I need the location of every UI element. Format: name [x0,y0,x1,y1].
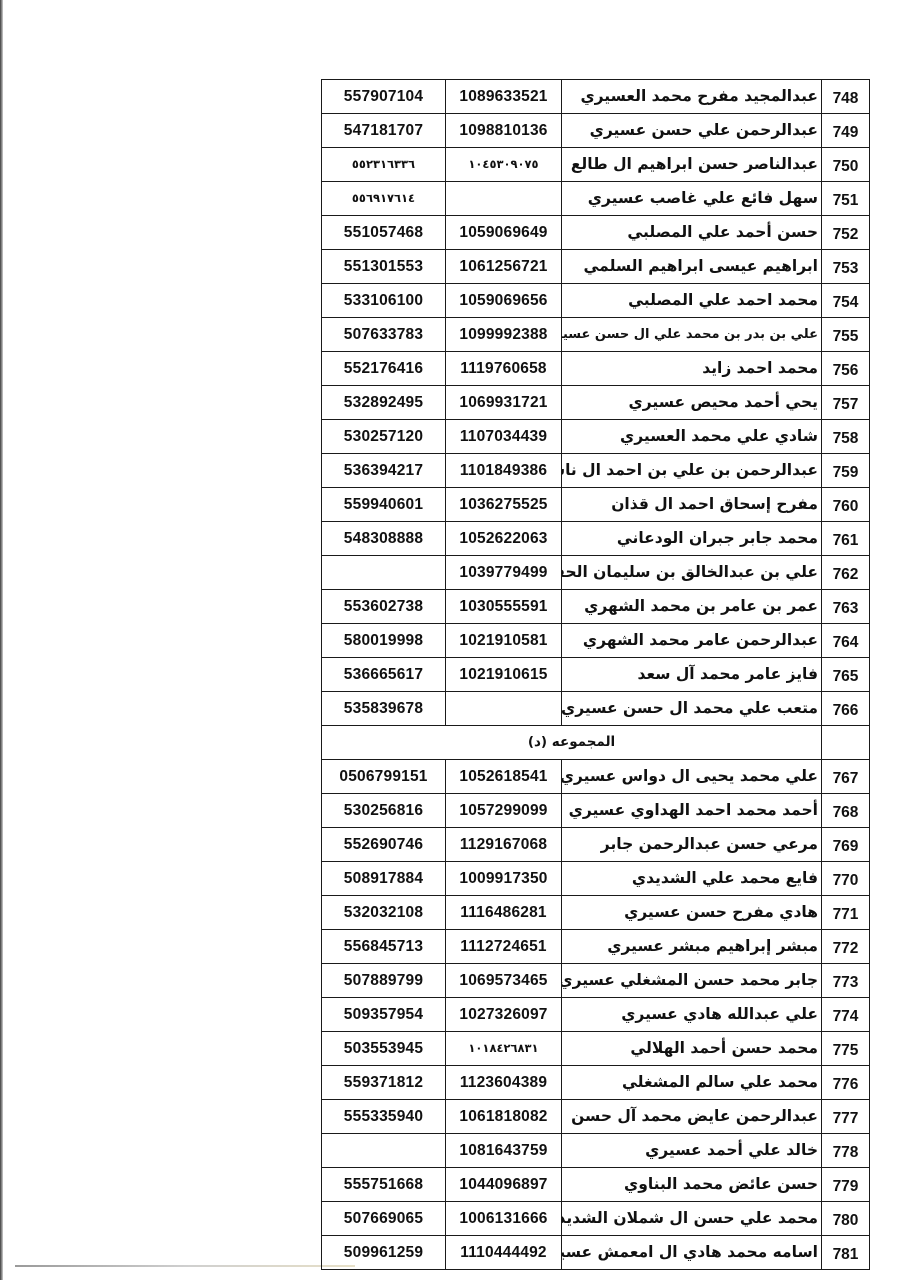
serial-cell: 766 [822,692,870,726]
serial-cell: 769 [822,828,870,862]
name-cell: متعب علي محمد ال حسن عسيري [562,692,822,726]
id-cell: 1044096897 [446,1168,562,1202]
serial-cell: 775 [822,1032,870,1066]
id-cell: 1089633521 [446,80,562,114]
phone-cell: 533106100 [322,284,446,318]
name-cell: مرعي حسن عبدالرحمن جابر [562,828,822,862]
serial-cell: 760 [822,488,870,522]
roster-table-body: 5579071041089633521عبدالمجيد مفرح محمد ا… [322,80,870,1270]
serial-cell: 773 [822,964,870,998]
serial-cell: 781 [822,1236,870,1270]
id-cell: 1069931721 [446,386,562,420]
serial-cell: 767 [822,760,870,794]
phone-cell: 535839678 [322,692,446,726]
serial-cell: 755 [822,318,870,352]
name-cell: يحي أحمد محيص عسيري [562,386,822,420]
serial-cell: 750 [822,148,870,182]
serial-cell: 763 [822,590,870,624]
phone-cell: 536394217 [322,454,446,488]
phone-cell: 507669065 [322,1202,446,1236]
id-cell: 1021910581 [446,624,562,658]
id-cell: 1110444492 [446,1236,562,1270]
id-cell: 1069573465 [446,964,562,998]
name-cell: عبدالرحمن بن علي بن احمد ال ناشب [562,454,822,488]
id-cell: 1061256721 [446,250,562,284]
serial-cell: 752 [822,216,870,250]
phone-cell: 553602738 [322,590,446,624]
serial-cell: 776 [822,1066,870,1100]
serial-cell: 768 [822,794,870,828]
id-cell: 1129167068 [446,828,562,862]
serial-cell: 765 [822,658,870,692]
name-cell: فايع محمد علي الشديدي [562,862,822,896]
table-row: ٥٥٢٣١٦٣٣٦١٠٤٥٣٠٩٠٧٥عبدالناصر حسن ابراهيم… [322,148,870,182]
name-cell: محمد احمد زايد [562,352,822,386]
table-row: 5328924951069931721يحي أحمد محيص عسيري75… [322,386,870,420]
serial-cell: 758 [822,420,870,454]
name-cell: خالد علي أحمد عسيري [562,1134,822,1168]
phone-cell: 556845713 [322,930,446,964]
id-cell: 1059069656 [446,284,562,318]
table-row: 5513015531061256721ابراهيم عيسى ابراهيم … [322,250,870,284]
phone-cell: 508917884 [322,862,446,896]
name-cell: أحمد محمد احمد الهداوي عسيري [562,794,822,828]
name-cell: عبدالرحمن عامر محمد الشهري [562,624,822,658]
table-row: 5553359401061818082عبدالرحمن عايض محمد آ… [322,1100,870,1134]
phone-cell: 547181707 [322,114,446,148]
name-cell: فايز عامر محمد آل سعد [562,658,822,692]
phone-cell: 559940601 [322,488,446,522]
table-row: 5599406011036275525مفرح إسحاق احمد ال قذ… [322,488,870,522]
table-row: 5483088881052622063محمد جابر جبران الودع… [322,522,870,556]
id-cell: 1061818082 [446,1100,562,1134]
name-cell: محمد علي سالم المشغلي [562,1066,822,1100]
table-row: 5526907461129167068مرعي حسن عبدالرحمن جا… [322,828,870,862]
serial-cell: 764 [822,624,870,658]
phone-cell: 551057468 [322,216,446,250]
table-row: 5510574681059069649حسن أحمد علي المصلبي7… [322,216,870,250]
scan-edge-bottom [15,1265,355,1267]
phone-cell: 530257120 [322,420,446,454]
name-cell: علي بن بدر بن محمد علي ال حسن عسيري [562,318,822,352]
name-cell: محمد احمد علي المصلبي [562,284,822,318]
serial-cell: 777 [822,1100,870,1134]
name-cell: ابراهيم عيسى ابراهيم السلمي [562,250,822,284]
id-cell: 1116486281 [446,896,562,930]
table-row: 5579071041089633521عبدالمجيد مفرح محمد ا… [322,80,870,114]
name-cell: محمد جابر جبران الودعاني [562,522,822,556]
serial-cell: 771 [822,896,870,930]
serial-cell: 780 [822,1202,870,1236]
phone-cell: 509357954 [322,998,446,1032]
name-cell: عبدالرحمن عايض محمد آل حسن [562,1100,822,1134]
id-cell: 1112724651 [446,930,562,964]
name-cell: علي محمد يحيى ال دواس عسيري [562,760,822,794]
id-cell: 1052618541 [446,760,562,794]
id-cell: 1006131666 [446,1202,562,1236]
table-row: 5302571201107034439شادي علي محمد العسيري… [322,420,870,454]
phone-cell: 503553945 [322,1032,446,1066]
name-cell: عبدالمجيد مفرح محمد العسيري [562,80,822,114]
id-cell: 1039779499 [446,556,562,590]
table-row: 5568457131112724651مبشر إبراهيم مبشر عسي… [322,930,870,964]
serial-cell: 761 [822,522,870,556]
name-cell: سهل فائع علي غاصب عسيري [562,182,822,216]
id-cell: 1027326097 [446,998,562,1032]
phone-cell: 507633783 [322,318,446,352]
name-cell: اسامه محمد هادي ال امعمش عسيري [562,1236,822,1270]
phone-cell: 555751668 [322,1168,446,1202]
id-cell: 1052622063 [446,522,562,556]
serial-cell: 778 [822,1134,870,1168]
id-cell: 1101849386 [446,454,562,488]
table-row: 5366656171021910615فايز عامر محمد آل سعد… [322,658,870,692]
phone-cell: 551301553 [322,250,446,284]
name-cell: محمد حسن أحمد الهلالي [562,1032,822,1066]
phone-cell: 532032108 [322,896,446,930]
serial-cell: 756 [822,352,870,386]
phone-cell: 530256816 [322,794,446,828]
name-cell: عبدالناصر حسن ابراهيم ال طالع [562,148,822,182]
phone-cell [322,1134,446,1168]
name-cell: جابر محمد حسن المشغلي عسيري [562,964,822,998]
table-row: 535839678متعب علي محمد ال حسن عسيري766 [322,692,870,726]
phone-cell: 536665617 [322,658,446,692]
scan-edge-left [0,0,3,1280]
id-cell: 1098810136 [446,114,562,148]
phone-cell: 580019998 [322,624,446,658]
name-cell: عمر بن عامر بن محمد الشهري [562,590,822,624]
id-cell: 1107034439 [446,420,562,454]
id-cell: 1099992388 [446,318,562,352]
table-row: 5089178841009917350فايع محمد علي الشديدي… [322,862,870,896]
id-cell: 1036275525 [446,488,562,522]
table-row: 5078897991069573465جابر محمد حسن المشغلي… [322,964,870,998]
id-cell [446,182,562,216]
table-row: 5302568161057299099أحمد محمد احمد الهداو… [322,794,870,828]
name-cell: عبدالرحمن علي حسن عسيري [562,114,822,148]
table-row: 5093579541027326097 علي عبدالله هادي عسي… [322,998,870,1032]
name-cell: علي عبدالله هادي عسيري [562,998,822,1032]
table-row: 1081643759خالد علي أحمد عسيري778 [322,1134,870,1168]
roster-table: 5579071041089633521عبدالمجيد مفرح محمد ا… [321,79,870,1270]
serial-cell: 772 [822,930,870,964]
serial-cell: 770 [822,862,870,896]
name-cell: علي بن عبدالخالق بن سليمان الحفظي [562,556,822,590]
group-header-row: المجموعه (د) [322,726,870,760]
phone-cell: 0506799151 [322,760,446,794]
table-row: 5320321081116486281هادي مفرح حسن عسيري77… [322,896,870,930]
id-cell: ١٠٤٥٣٠٩٠٧٥ [446,148,562,182]
table-row: 5593718121123604389 محمد علي سالم المشغل… [322,1066,870,1100]
phone-cell: 557907104 [322,80,446,114]
serial-cell: 774 [822,998,870,1032]
id-cell: 1123604389 [446,1066,562,1100]
table-row: 503553945١٠١٨٤٢٦٨٣١محمد حسن أحمد الهلالي… [322,1032,870,1066]
table-row: 5521764161119760658محمد احمد زايد756 [322,352,870,386]
table-row: ٥٥٦٩١٧٦١٤سهل فائع علي غاصب عسيري751 [322,182,870,216]
id-cell: ١٠١٨٤٢٦٨٣١ [446,1032,562,1066]
table-row: 5076690651006131666محمد علي حسن ال شملان… [322,1202,870,1236]
phone-cell: 548308888 [322,522,446,556]
phone-cell: ٥٥٦٩١٧٦١٤ [322,182,446,216]
phone-cell: 555335940 [322,1100,446,1134]
phone-cell: 552690746 [322,828,446,862]
serial-cell: 754 [822,284,870,318]
table-row: 5099612591110444492اسامه محمد هادي ال ام… [322,1236,870,1270]
serial-cell: 753 [822,250,870,284]
table-row: 1039779499علي بن عبدالخالق بن سليمان الح… [322,556,870,590]
phone-cell: 559371812 [322,1066,446,1100]
phone-cell: 507889799 [322,964,446,998]
id-cell: 1119760658 [446,352,562,386]
name-cell: حسن عائض محمد البناوي [562,1168,822,1202]
id-cell: 1030555591 [446,590,562,624]
name-cell: مفرح إسحاق احمد ال قذان [562,488,822,522]
phone-cell: 532892495 [322,386,446,420]
serial-cell: 779 [822,1168,870,1202]
id-cell: 1059069649 [446,216,562,250]
table-row: 5363942171101849386عبدالرحمن بن علي بن ا… [322,454,870,488]
name-cell: محمد علي حسن ال شملان الشديدي [562,1202,822,1236]
id-cell [446,692,562,726]
phone-cell: 552176416 [322,352,446,386]
table-row: 5536027381030555591عمر بن عامر بن محمد ا… [322,590,870,624]
serial-cell: 759 [822,454,870,488]
name-cell: هادي مفرح حسن عسيري [562,896,822,930]
serial-cell: 762 [822,556,870,590]
group-label: المجموعه (د) [322,726,822,760]
name-cell: مبشر إبراهيم مبشر عسيري [562,930,822,964]
id-cell: 1081643759 [446,1134,562,1168]
serial-cell: 748 [822,80,870,114]
phone-cell: 509961259 [322,1236,446,1270]
phone-cell: ٥٥٢٣١٦٣٣٦ [322,148,446,182]
table-row: 5800199981021910581عبدالرحمن عامر محمد ا… [322,624,870,658]
id-cell: 1021910615 [446,658,562,692]
id-cell: 1009917350 [446,862,562,896]
id-cell: 1057299099 [446,794,562,828]
table-row: 5471817071098810136عبدالرحمن علي حسن عسي… [322,114,870,148]
serial-cell: 749 [822,114,870,148]
name-cell: حسن أحمد علي المصلبي [562,216,822,250]
table-row: 5076337831099992388علي بن بدر بن محمد عل… [322,318,870,352]
phone-cell [322,556,446,590]
table-row: 5331061001059069656محمد احمد علي المصلبي… [322,284,870,318]
table-row: 5557516681044096897حسن عائض محمد البناوي… [322,1168,870,1202]
serial-cell: 751 [822,182,870,216]
name-cell: شادي علي محمد العسيري [562,420,822,454]
serial-cell-empty [822,726,870,760]
serial-cell: 757 [822,386,870,420]
table-row: 05067991511052618541علي محمد يحيى ال دوا… [322,760,870,794]
